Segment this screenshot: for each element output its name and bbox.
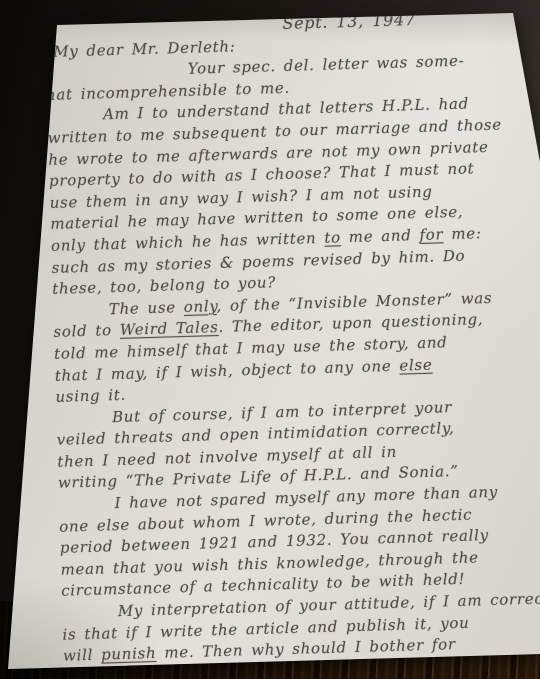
photo-of-letter: Sept. 13, 1947 My dear Mr. Derleth: Your… [0,0,540,679]
text-segment: My dear Mr. Derleth: [53,37,236,60]
text-segment: will [63,646,102,665]
text-segment: sold to [53,321,120,341]
text-segment: using it. [55,386,126,406]
underlined-text: else [399,355,433,374]
letter-text: Sept. 13, 1947 My dear Mr. Derleth: Your… [44,0,540,668]
text-segment: me: [443,224,482,243]
underlined-text: punish [101,644,157,664]
text-segment: The use [109,298,184,318]
letter-paper: Sept. 13, 1947 My dear Mr. Derleth: Your… [0,0,540,679]
text-segment: Sept. 13, 1947 [282,10,416,33]
underlined-text: for [419,225,443,244]
underlined-text: to [324,228,341,246]
underlined-text: Weird Tales [120,318,219,339]
underlined-text: only [183,297,216,316]
text-segment: me and [341,226,420,246]
paper-sheet: Sept. 13, 1947 My dear Mr. Derleth: Your… [0,0,540,679]
